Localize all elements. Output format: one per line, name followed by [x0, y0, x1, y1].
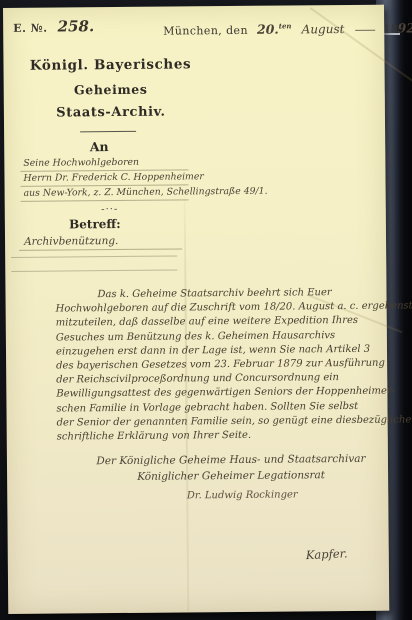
dateline: München, den 20.ten August 1892 — [163, 17, 412, 38]
letterhead-rule — [80, 131, 136, 132]
reference-value: 258. — [58, 17, 95, 35]
closing-line: Der Königliche Geheime Haus- und Staatsa… — [85, 452, 377, 470]
photo-backdrop: E. №. 258. München, den 20.ten August 18… — [0, 0, 412, 620]
recipient-address-line: Seine Hochwohlgeboren — [20, 155, 188, 171]
recipient-address-line: Herrn Dr. Frederick C. Hoppenheimer — [20, 170, 188, 186]
document-paper: E. №. 258. München, den 20.ten August 18… — [3, 5, 389, 614]
recipient-label: An — [49, 139, 149, 155]
dateline-day-suffix: ten — [279, 21, 292, 30]
dateline-year-written: 92 — [398, 20, 412, 35]
dateline-day: 20.ten — [257, 21, 292, 36]
blank-rule-line — [11, 269, 177, 271]
closing-line: Königlicher Geheimer Legationsrat — [85, 467, 377, 485]
recipient-address-line: aus New-York, z. Z. München, Schellingst… — [21, 185, 189, 201]
section-divider-mark: -··- — [60, 204, 160, 216]
reference-label: E. №. — [13, 22, 47, 35]
letterhead: Königl. BayerischesGeheimesStaats-Archiv… — [21, 56, 200, 121]
blank-rule-line — [11, 255, 177, 257]
subject-value: Archivbenützung. — [19, 234, 182, 250]
letter-body-line: mitzuteilen, daß dasselbe auf eine weite… — [56, 314, 394, 331]
dateline-month: August — [302, 22, 345, 36]
letterhead-line: Geheimes — [22, 81, 200, 98]
dateline-day-number: 20. — [257, 22, 279, 37]
subject-label: Betreff: — [45, 217, 145, 232]
reference-number: E. №. 258. — [13, 16, 94, 36]
closing-block: Der Königliche Geheime Haus- und Staatsa… — [85, 452, 377, 486]
dateline-year-printed: 18 — [384, 23, 398, 36]
filing-note: Kapfer. — [305, 546, 347, 562]
dateline-place: München, den — [163, 24, 248, 38]
letter-body-line: der Senior der genannten Familie sein, s… — [57, 413, 395, 430]
letter-body: Das k. Geheime Staatsarchiv beehrt sich … — [55, 286, 394, 445]
letterhead-line: Staats-Archiv. — [22, 104, 200, 121]
letter-body-line: schriftliche Erklärung von Ihrer Seite. — [57, 428, 395, 445]
signature: Dr. Ludwig Rockinger — [157, 489, 327, 501]
dateline-blank-rule — [356, 29, 376, 31]
letterhead-line: Königl. Bayerisches — [21, 56, 199, 74]
recipient-address: Seine HochwohlgeborenHerrn Dr. Frederick… — [20, 155, 188, 201]
